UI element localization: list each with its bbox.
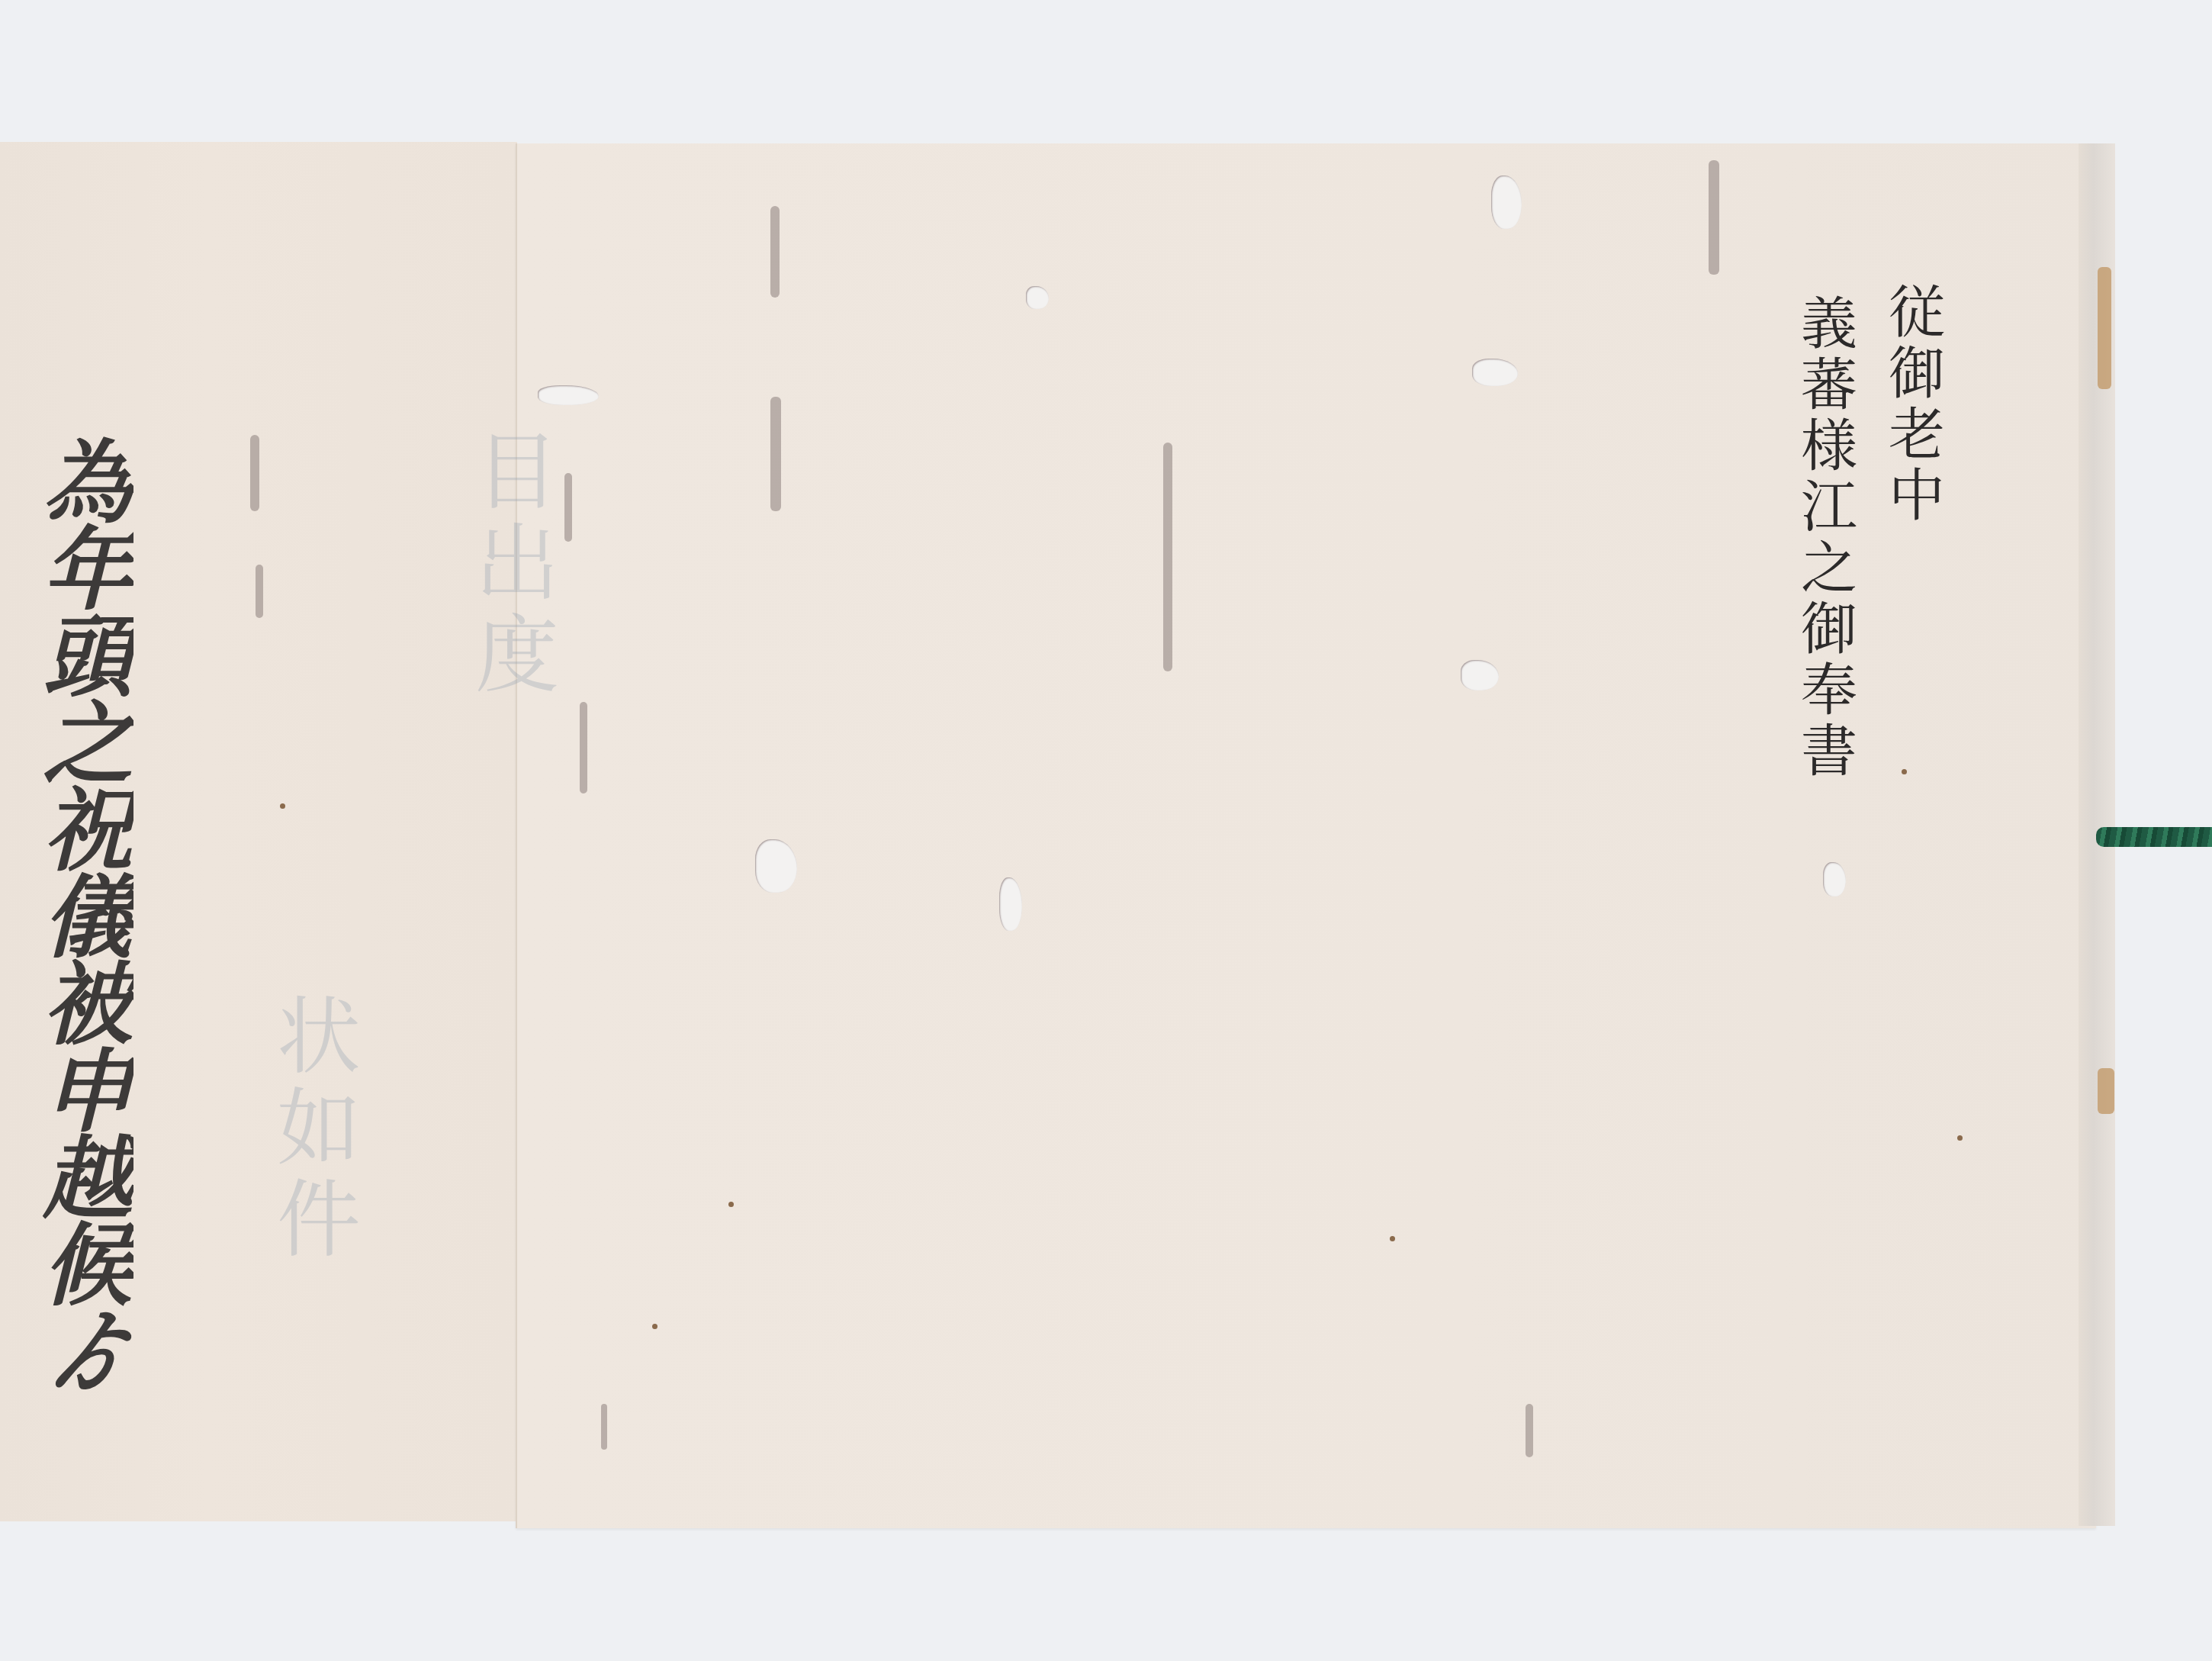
worm-track — [1163, 443, 1172, 671]
worm-track — [1526, 1404, 1533, 1457]
ink-spot — [280, 803, 285, 809]
scroll-tie-cord — [2096, 827, 2212, 847]
worm-track — [1709, 160, 1719, 275]
worm-track — [250, 435, 259, 511]
ink-spot — [1902, 769, 1907, 774]
ink-spot — [652, 1324, 657, 1329]
heading-line-1: 従御老中 — [1884, 282, 1940, 526]
wormhole — [1823, 862, 1846, 896]
document-photo: 目出度 状如件 従御老中 義蕃様江之御奉書 為年頭之祝儀被申越候ゟ — [0, 0, 2212, 1661]
worm-track — [601, 1404, 607, 1450]
wormhole — [1472, 359, 1518, 386]
worm-track — [564, 473, 572, 542]
show-through-ink: 目出度 — [450, 427, 571, 702]
worm-track — [256, 565, 263, 618]
ink-spot — [1957, 1135, 1963, 1141]
ink-spot — [1390, 1236, 1395, 1241]
paper-sheet-right — [516, 143, 2096, 1528]
wormhole — [1026, 286, 1049, 309]
edge-stain — [2098, 267, 2111, 389]
worm-track — [770, 397, 781, 511]
wormhole — [1461, 660, 1499, 690]
worm-track — [770, 206, 780, 298]
show-through-ink: 状如件 — [252, 992, 372, 1267]
edge-stain — [2098, 1068, 2114, 1114]
worm-track — [580, 702, 587, 793]
cursive-text-column: 為年頭之祝儀被申越候ゟ — [15, 435, 145, 1392]
wormhole — [538, 385, 599, 405]
ink-spot — [728, 1202, 734, 1207]
heading-line-2: 義蕃様江之御奉書 — [1796, 294, 1853, 782]
